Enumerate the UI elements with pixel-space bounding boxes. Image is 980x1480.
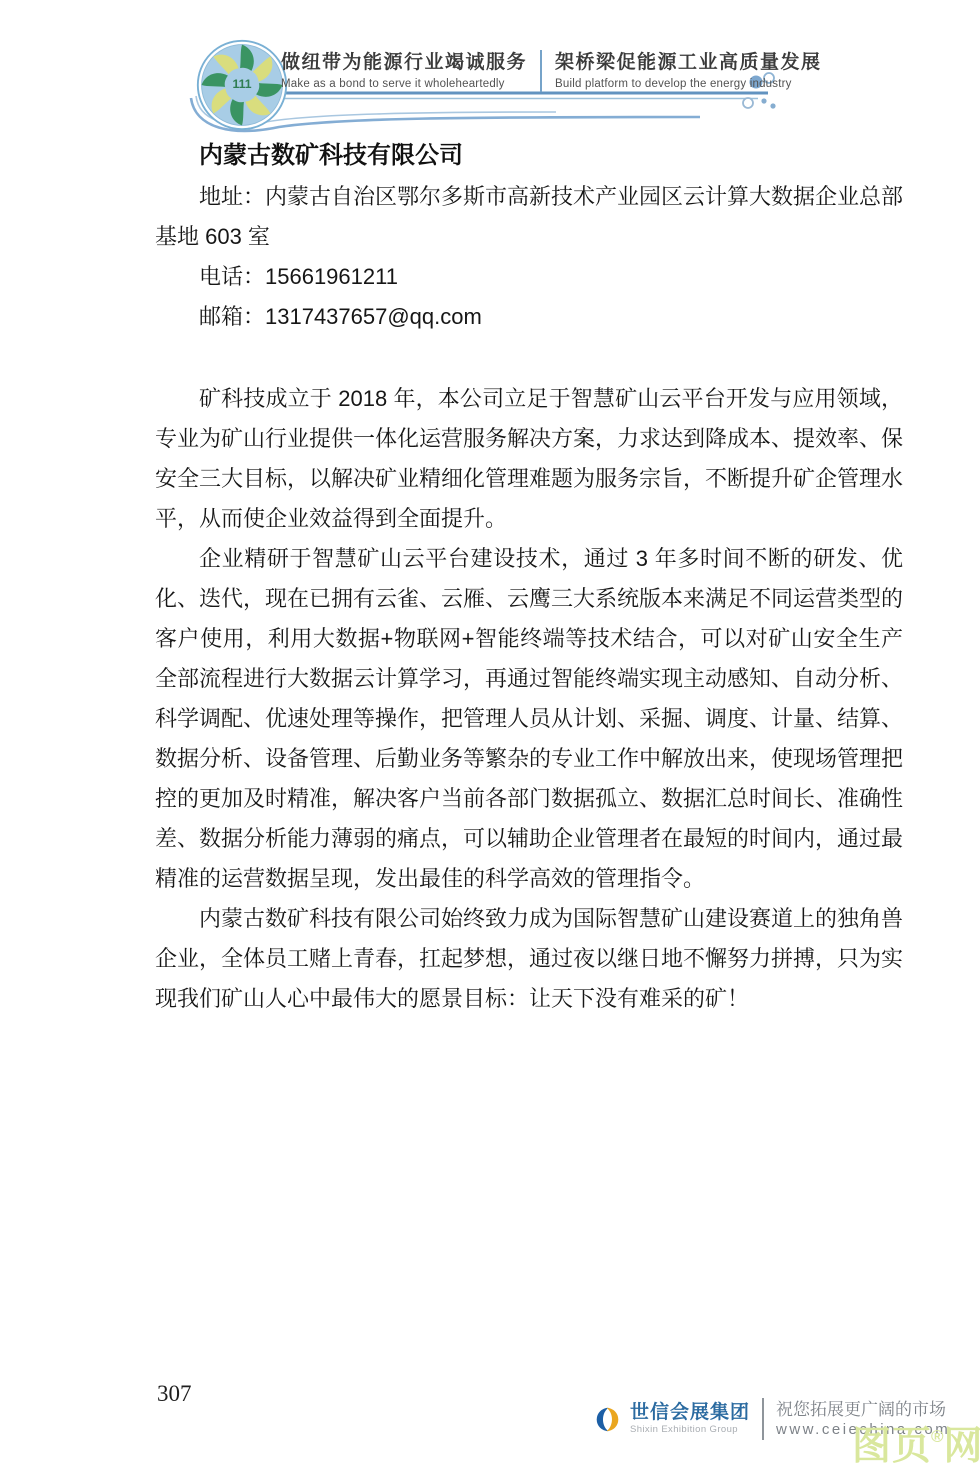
slogan-left: 做纽带为能源行业竭诚服务 Make as a bond to serve it …	[281, 51, 527, 92]
shixin-logo-icon	[594, 1406, 621, 1433]
brand-name-en: Shixin Exhibition Group	[630, 1424, 750, 1436]
watermark-text-left: 图页	[852, 1425, 932, 1468]
page-number: 307	[157, 1381, 192, 1407]
paragraph-2: 企业精研于智慧矿山云平台建设技术，通过 3 年多时间不断的研发、优化、迭代，现在…	[155, 539, 903, 899]
paragraph-1: 矿科技成立于 2018 年，本公司立足于智慧矿山云平台开发与应用领域，专业为矿山…	[155, 379, 903, 539]
slogan-right-en: Build platform to develop the energy ind…	[555, 77, 822, 92]
address-line: 地址：内蒙古自治区鄂尔多斯市高新技术产业园区云计算大数据企业总部基地 603 室	[155, 177, 903, 257]
decor-dot-outline	[743, 98, 753, 108]
document-body: 内蒙古数矿科技有限公司 地址：内蒙古自治区鄂尔多斯市高新技术产业园区云计算大数据…	[155, 135, 903, 1019]
watermark-text-right: 网	[944, 1425, 980, 1468]
paragraph-3: 内蒙古数矿科技有限公司始终致力成为国际智慧矿山建设赛道上的独角兽企业，全体员工赌…	[155, 899, 903, 1019]
slogan-right: 架桥梁促能源工业高质量发展 Build platform to develop …	[555, 51, 822, 92]
page: 111 做纽带为能源行业竭诚服务 Make as a bond to serve…	[0, 0, 980, 1480]
slogan-left-zh: 做纽带为能源行业竭诚服务	[281, 51, 527, 75]
energy-association-logo-icon: 111	[195, 38, 289, 132]
brand-text: 世信会展集团 Shixin Exhibition Group	[630, 1403, 750, 1436]
header-slogans: 做纽带为能源行业竭诚服务 Make as a bond to serve it …	[281, 50, 822, 92]
slogan-divider	[540, 50, 542, 92]
slogan-right-zh: 架桥梁促能源工业高质量发展	[555, 51, 822, 75]
footer-tagline: 祝您拓展更广阔的市场	[776, 1399, 950, 1420]
brand-name-zh: 世信会展集团	[630, 1403, 750, 1423]
phone-line: 电话：15661961211	[155, 257, 903, 297]
logo-center-text: 111	[232, 77, 251, 91]
email-line: 邮箱：1317437657@qq.com	[155, 297, 903, 337]
slogan-left-en: Make as a bond to serve it wholeheartedl…	[281, 77, 527, 92]
contact-info: 地址：内蒙古自治区鄂尔多斯市高新技术产业园区云计算大数据企业总部基地 603 室…	[155, 177, 903, 337]
registered-mark-icon: ®	[931, 1427, 945, 1446]
watermark: 图页®网	[852, 1427, 980, 1474]
footer-divider	[762, 1398, 764, 1440]
page-header: 111 做纽带为能源行业竭诚服务 Make as a bond to serve…	[0, 0, 980, 150]
company-description: 矿科技成立于 2018 年，本公司立足于智慧矿山云平台开发与应用领域，专业为矿山…	[155, 379, 903, 1019]
